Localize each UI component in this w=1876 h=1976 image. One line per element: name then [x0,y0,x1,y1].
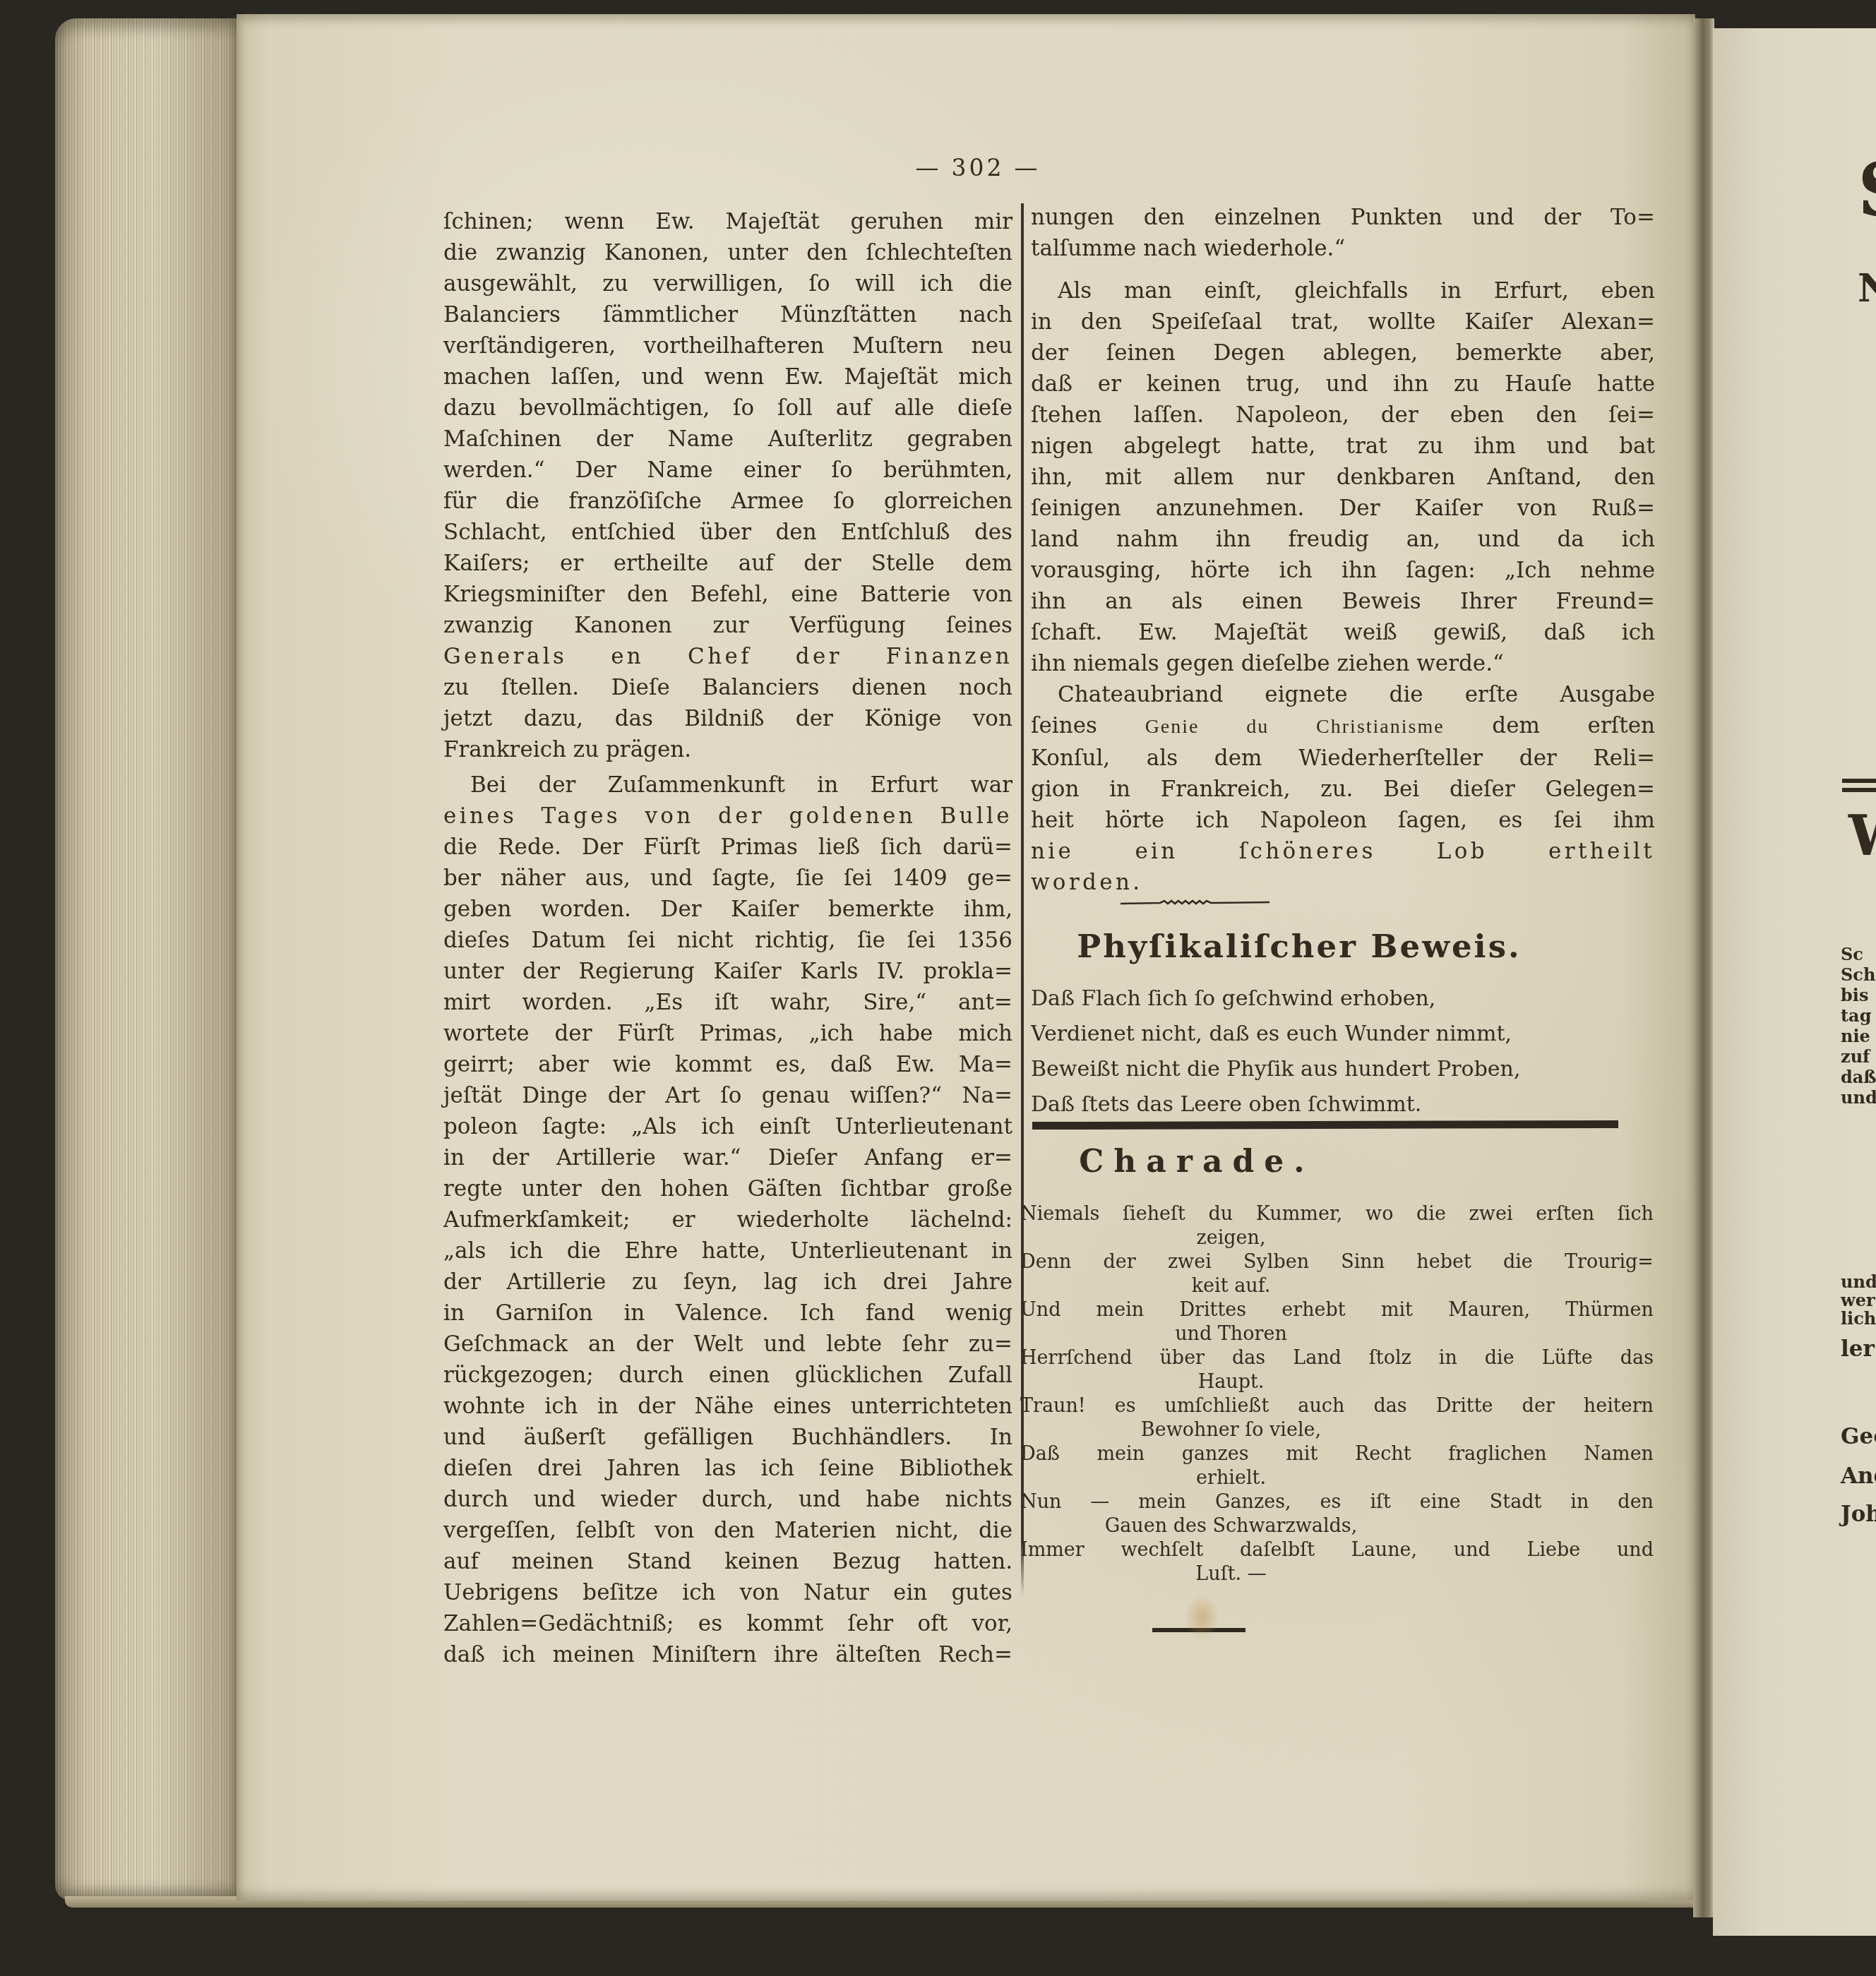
charade-line: keit auf. [1020,1274,1654,1298]
text-line: Chateaubriand eignete die erſte Ausgabe [1031,679,1655,710]
text-line: heit hörte ich Napoleon ſagen, es ſei ih… [1031,805,1655,836]
section-divider-squiggle [1119,898,1271,908]
text-line: Schlacht, entſchied über den Entſchluß d… [443,517,1012,548]
charade-line: Nun — mein Ganzes, es iſt eine Stadt in … [1020,1490,1654,1514]
text-line: land nahm ihn freudig an, und da ich [1031,524,1655,555]
text-line: Aufmerkſamkeit; er wiederholte lächelnd: [443,1204,1012,1235]
charade-line: Bewohner ſo viele, [1020,1418,1654,1442]
text-line: nigen abgelegt hatte, trat zu ihm und ba… [1031,431,1655,462]
charade-line: Haupt. [1020,1370,1654,1394]
text-line: ihn an als einen Beweis Ihrer Freund= [1031,586,1655,617]
text-line: regte unter den hohen Gäſten ſichtbar gr… [443,1173,1012,1204]
text-line: Als man einſt, gleichfalls in Erfurt, eb… [1031,275,1655,306]
thick-rule [1032,1120,1618,1130]
poem-line: Daß Flach ſich ſo geſchwind erhoben, [1031,981,1655,1017]
text-line: zwanzig Kanonen zur Verfügung ſeines [443,610,1012,641]
physik-heading: Phyſikaliſcher Beweis. [1031,928,1567,965]
text-line: daß er keinen trug, und ihn zu Hauſe hat… [1031,369,1655,400]
charade-line: Gauen des Schwarzwalds, [1020,1514,1654,1538]
text-line: auf meinen Stand keinen Bezug hatten. [443,1546,1012,1577]
book-page-scan: { "colors": { "background": "#2a2622", "… [0,0,1876,1976]
text-line: für die franzöſiſche Armee ſo glorreiche… [443,486,1012,517]
text-line: Generals en Chef der Finanzen [443,641,1012,672]
text-line: poleon ſagte: „Als ich einſt Unterlieute… [443,1111,1012,1142]
text-line: ſeinigen anzunehmen. Der Kaiſer von Ruß= [1031,493,1655,524]
text-line: ber näher aus, und ſagte, ſie ſei 1409 g… [443,863,1012,894]
text-line: in den Speiſeſaal trat, wollte Kaiſer Al… [1031,306,1655,337]
poem-line: Daß ſtets das Leere oben ſchwimmt. [1031,1087,1655,1122]
charade-line: Daß mein ganzes mit Recht fraglichen Nam… [1020,1442,1654,1466]
paper-stain [1185,1594,1220,1641]
charade-poem: Niemals ſieheſt du Kummer, wo die zwei e… [1020,1202,1654,1586]
text-line: Geſchmack an der Welt und lebte ſehr zu= [443,1329,1012,1360]
left-text-column: ſchinen; wenn Ew. Majeſtät geruhen mirdi… [443,206,1012,1670]
text-line: daß ich meinen Miniſtern ihre älteſten R… [443,1639,1012,1670]
right-text-column: nungen den einzelnen Punkten und der To=… [1031,0,1655,1976]
text-line: nie ein ſchöneres Lob ertheilt [1031,836,1655,867]
charade-line: Traun! es umſchließt auch das Dritte der… [1020,1394,1654,1418]
text-line: dieſen drei Jahren las ich ſeine Bibliot… [443,1453,1012,1484]
text-line: dieſes Datum ſei nicht richtig, ſie ſei … [443,925,1012,956]
text-line: werden.“ Der Name einer ſo berühmten, [443,455,1012,486]
text-line: ſeines Genie du Christianisme dem erſten [1031,710,1655,743]
text-line: Balanciers ſämmtlicher Münzſtätten nach [443,299,1012,330]
text-line: durch und wieder durch, und habe nichts [443,1484,1012,1515]
text-line: verſtändigeren, vortheilhafteren Muſtern… [443,330,1012,361]
text-line: vergeſſen, ſelbſt von den Materien nicht… [443,1515,1012,1546]
text-line: jeſtät Dinge der Art ſo genau wiſſen?“ N… [443,1080,1012,1111]
antiqua-text: Genie du Christianisme [1145,716,1445,738]
text-line: eines Tages von der goldenen Bulle [443,801,1012,832]
text-line: unter der Regierung Kaiſer Karls IV. pro… [443,956,1012,987]
page-content: —302— ſchinen; wenn Ew. Majeſtät geruhen… [0,0,1876,1976]
text-line: geben worden. Der Kaiſer bemerkte ihm, [443,894,1012,925]
text-line: der Artillerie zu ſeyn, lag ich drei Jah… [443,1267,1012,1298]
right-column-body: nungen den einzelnen Punkten und der To=… [1031,202,1655,898]
text-line: geirrt; aber wie kommt es, daß Ew. Ma= [443,1049,1012,1080]
text-line: der ſeinen Degen ablegen, bemerkte aber, [1031,337,1655,369]
page-number-value: 302 [952,154,1005,181]
text-line: ausgewählt, zu verwilligen, ſo will ich … [443,268,1012,299]
text-line: ſchinen; wenn Ew. Majeſtät geruhen mir [443,206,1012,237]
charade-line: Luſt. — [1020,1562,1654,1586]
text-line: wortete der Fürſt Primas, „ich habe mich [443,1018,1012,1049]
text-line: ſchaft. Ew. Majeſtät weiß gewiß, daß ich [1031,617,1655,648]
text-line: machen laſſen, und wenn Ew. Majeſtät mic… [443,361,1012,393]
text-line: worden. [1031,867,1655,898]
text-line: die Rede. Der Fürſt Primas ließ ſich dar… [443,832,1012,863]
text-line: Zahlen=Gedächtniß; es kommt ſehr oft vor… [443,1608,1012,1639]
text-line: talſumme nach wiederhole.“ [1031,233,1655,264]
text-line: ihn, mit allem nur denkbaren Anſtand, de… [1031,462,1655,493]
text-line: wohnte ich in der Nähe eines unterrichte… [443,1391,1012,1422]
charade-line: Und mein Drittes erhebt mit Mauren, Thür… [1020,1298,1654,1322]
charade-line: zeigen, [1020,1226,1654,1250]
text-line: ſtehen laſſen. Napoleon, der eben den ſe… [1031,400,1655,431]
charade-line: erhielt. [1020,1466,1654,1490]
physik-poem: Daß Flach ſich ſo geſchwind erhoben,Verd… [1031,981,1655,1122]
poem-line: Beweißt nicht die Phyſik aus hundert Pro… [1031,1052,1655,1087]
text-line: „als ich die Ehre hatte, Unterlieutenant… [443,1235,1012,1267]
charade-line: Niemals ſieheſt du Kummer, wo die zwei e… [1020,1202,1654,1226]
text-line: in der Artillerie war.“ Dieſer Anfang er… [443,1142,1012,1173]
text-line: Maſchinen der Name Auſterlitz gegraben [443,424,1012,455]
text-line: gion in Frankreich, zu. Bei dieſer Geleg… [1031,774,1655,805]
text-line: Frankreich zu prägen. [443,734,1012,765]
charade-line: und Thoren [1020,1322,1654,1346]
text-line: nungen den einzelnen Punkten und der To= [1031,202,1655,233]
text-line: Kriegsminiſter den Befehl, eine Batterie… [443,579,1012,610]
charade-line: Immer wechſelt daſelbſt Laune, und Liebe… [1020,1538,1654,1562]
poem-line: Verdienet nicht, daß es euch Wunder nimm… [1031,1017,1655,1052]
text-line: und äußerſt gefälligen Buchhändlers. In [443,1422,1012,1453]
text-line: in Garniſon in Valence. Ich fand wenig [443,1298,1012,1329]
charade-heading: Charade. [1031,1144,1363,1180]
charade-line: Herrſchend über das Land ſtolz in die Lü… [1020,1346,1654,1370]
charade-line: Denn der zwei Sylben Sinn hebet die Trou… [1020,1250,1654,1274]
text-line: ihn niemals gegen dieſelbe ziehen werde.… [1031,648,1655,679]
text-line: zu ſtellen. Dieſe Balanciers dienen noch [443,672,1012,703]
text-line: mirt worden. „Es iſt wahr, Sire,“ ant= [443,987,1012,1018]
text-line: vorausging, hörte ich ihn ſagen: „Ich ne… [1031,555,1655,586]
text-line: jetzt dazu, das Bildniß der Könige von [443,703,1012,734]
text-line: rückgezogen; durch einen glücklichen Zuf… [443,1360,1012,1391]
text-line: dazu bevollmächtigen, ſo ſoll auf alle d… [443,393,1012,424]
text-line: Bei der Zuſammenkunft in Erfurt war [443,770,1012,801]
text-line: die zwanzig Kanonen, unter den ſchlechte… [443,237,1012,268]
text-line: Uebrigens beſitze ich von Natur ein gute… [443,1577,1012,1608]
page-number-dash-left: — [906,154,952,181]
text-line: Kaiſers; er ertheilte auf der Stelle dem [443,548,1012,579]
text-line: Konſul, als dem Wiederherſteller der Rel… [1031,743,1655,774]
